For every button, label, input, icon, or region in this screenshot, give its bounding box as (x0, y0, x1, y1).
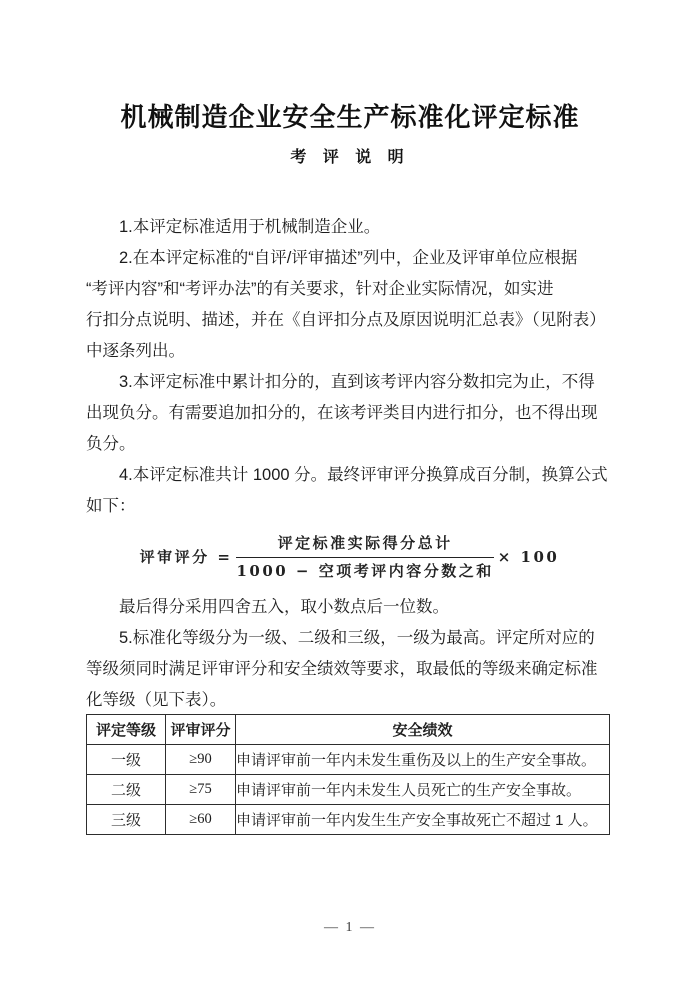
score-cell: ≥90 (166, 745, 236, 775)
table-header-row: 评定等级 评审评分 安全绩效 (87, 715, 610, 745)
paragraph-5-line: 化等级（见下表）。 (86, 685, 613, 716)
paragraph-3-line: 3.本评定标准中累计扣分的，直到该考评内容分数扣完为止，不得 (86, 367, 613, 398)
performance-cell: 申请评审前一年内未发生人员死亡的生产安全事故。 (236, 775, 610, 805)
formula-lhs: 评审评分 = (140, 547, 233, 567)
grade-cell: 一级 (87, 745, 166, 775)
formula-multiplier: × 100 (498, 547, 560, 567)
grade-cell: 二级 (87, 775, 166, 805)
table-row: 一级 ≥90 申请评审前一年内未发生重伤及以上的生产安全事故。 (87, 745, 610, 775)
paragraph-5-line: 等级须同时满足评审评分和安全绩效等要求，取最低的等级来确定标准 (86, 654, 613, 685)
formula-fraction: 评定标准实际得分总计 1000 − 空项考评内容分数之和 (236, 533, 493, 581)
paragraph-rounding-line: 最后得分采用四舍五入，取小数点后一位数。 (86, 592, 613, 623)
document-page: 机械制造企业安全生产标准化评定标准 考 评 说 明 1.本评定标准适用于机械制造… (0, 0, 700, 990)
score-conversion-formula: 评审评分 = 评定标准实际得分总计 1000 − 空项考评内容分数之和 × 10… (86, 522, 613, 592)
page-title: 机械制造企业安全生产标准化评定标准 (0, 97, 700, 134)
paragraph-4-line: 4.本评定标准共计 1000 分。最终评审评分换算成百分制，换算公式 (86, 460, 613, 491)
formula-denominator: 1000 − 空项考评内容分数之和 (236, 558, 493, 581)
page-number: — 1 — (0, 920, 700, 936)
paragraph-3-line: 负分。 (86, 429, 613, 460)
header-score: 评审评分 (166, 715, 236, 745)
header-performance: 安全绩效 (236, 715, 610, 745)
header-grade: 评定等级 (87, 715, 166, 745)
paragraph-2-line: “考评内容”和“考评办法”的有关要求，针对企业实际情况，如实进 (86, 274, 613, 305)
grading-table: 评定等级 评审评分 安全绩效 一级 ≥90 申请评审前一年内未发生重伤及以上的生… (86, 714, 610, 835)
paragraph-2-line: 2.在本评定标准的“自评/评审描述”列中，企业及评审单位应根据 (86, 243, 613, 274)
performance-cell: 申请评审前一年内未发生重伤及以上的生产安全事故。 (236, 745, 610, 775)
page-subtitle: 考 评 说 明 (0, 144, 700, 167)
paragraph-2-line: 中逐条列出。 (86, 336, 613, 367)
table-row: 三级 ≥60 申请评审前一年内发生生产安全事故死亡不超过 1 人。 (87, 805, 610, 835)
paragraph-4-line: 如下： (86, 491, 613, 522)
score-cell: ≥75 (166, 775, 236, 805)
table-row: 二级 ≥75 申请评审前一年内未发生人员死亡的生产安全事故。 (87, 775, 610, 805)
score-cell: ≥60 (166, 805, 236, 835)
paragraph-1-line: 1.本评定标准适用于机械制造企业。 (86, 212, 613, 243)
paragraph-3-line: 出现负分。有需要追加扣分的，在该考评类目内进行扣分，也不得出现 (86, 398, 613, 429)
formula-numerator: 评定标准实际得分总计 (236, 533, 493, 557)
paragraph-5-line: 5.标准化等级分为一级、二级和三级，一级为最高。评定所对应的 (86, 623, 613, 654)
paragraph-2-line: 行扣分点说明、描述，并在《自评扣分点及原因说明汇总表》（见附表） (86, 305, 613, 336)
document-body: 1.本评定标准适用于机械制造企业。 2.在本评定标准的“自评/评审描述”列中，企… (86, 212, 613, 716)
grade-cell: 三级 (87, 805, 166, 835)
performance-cell: 申请评审前一年内发生生产安全事故死亡不超过 1 人。 (236, 805, 610, 835)
